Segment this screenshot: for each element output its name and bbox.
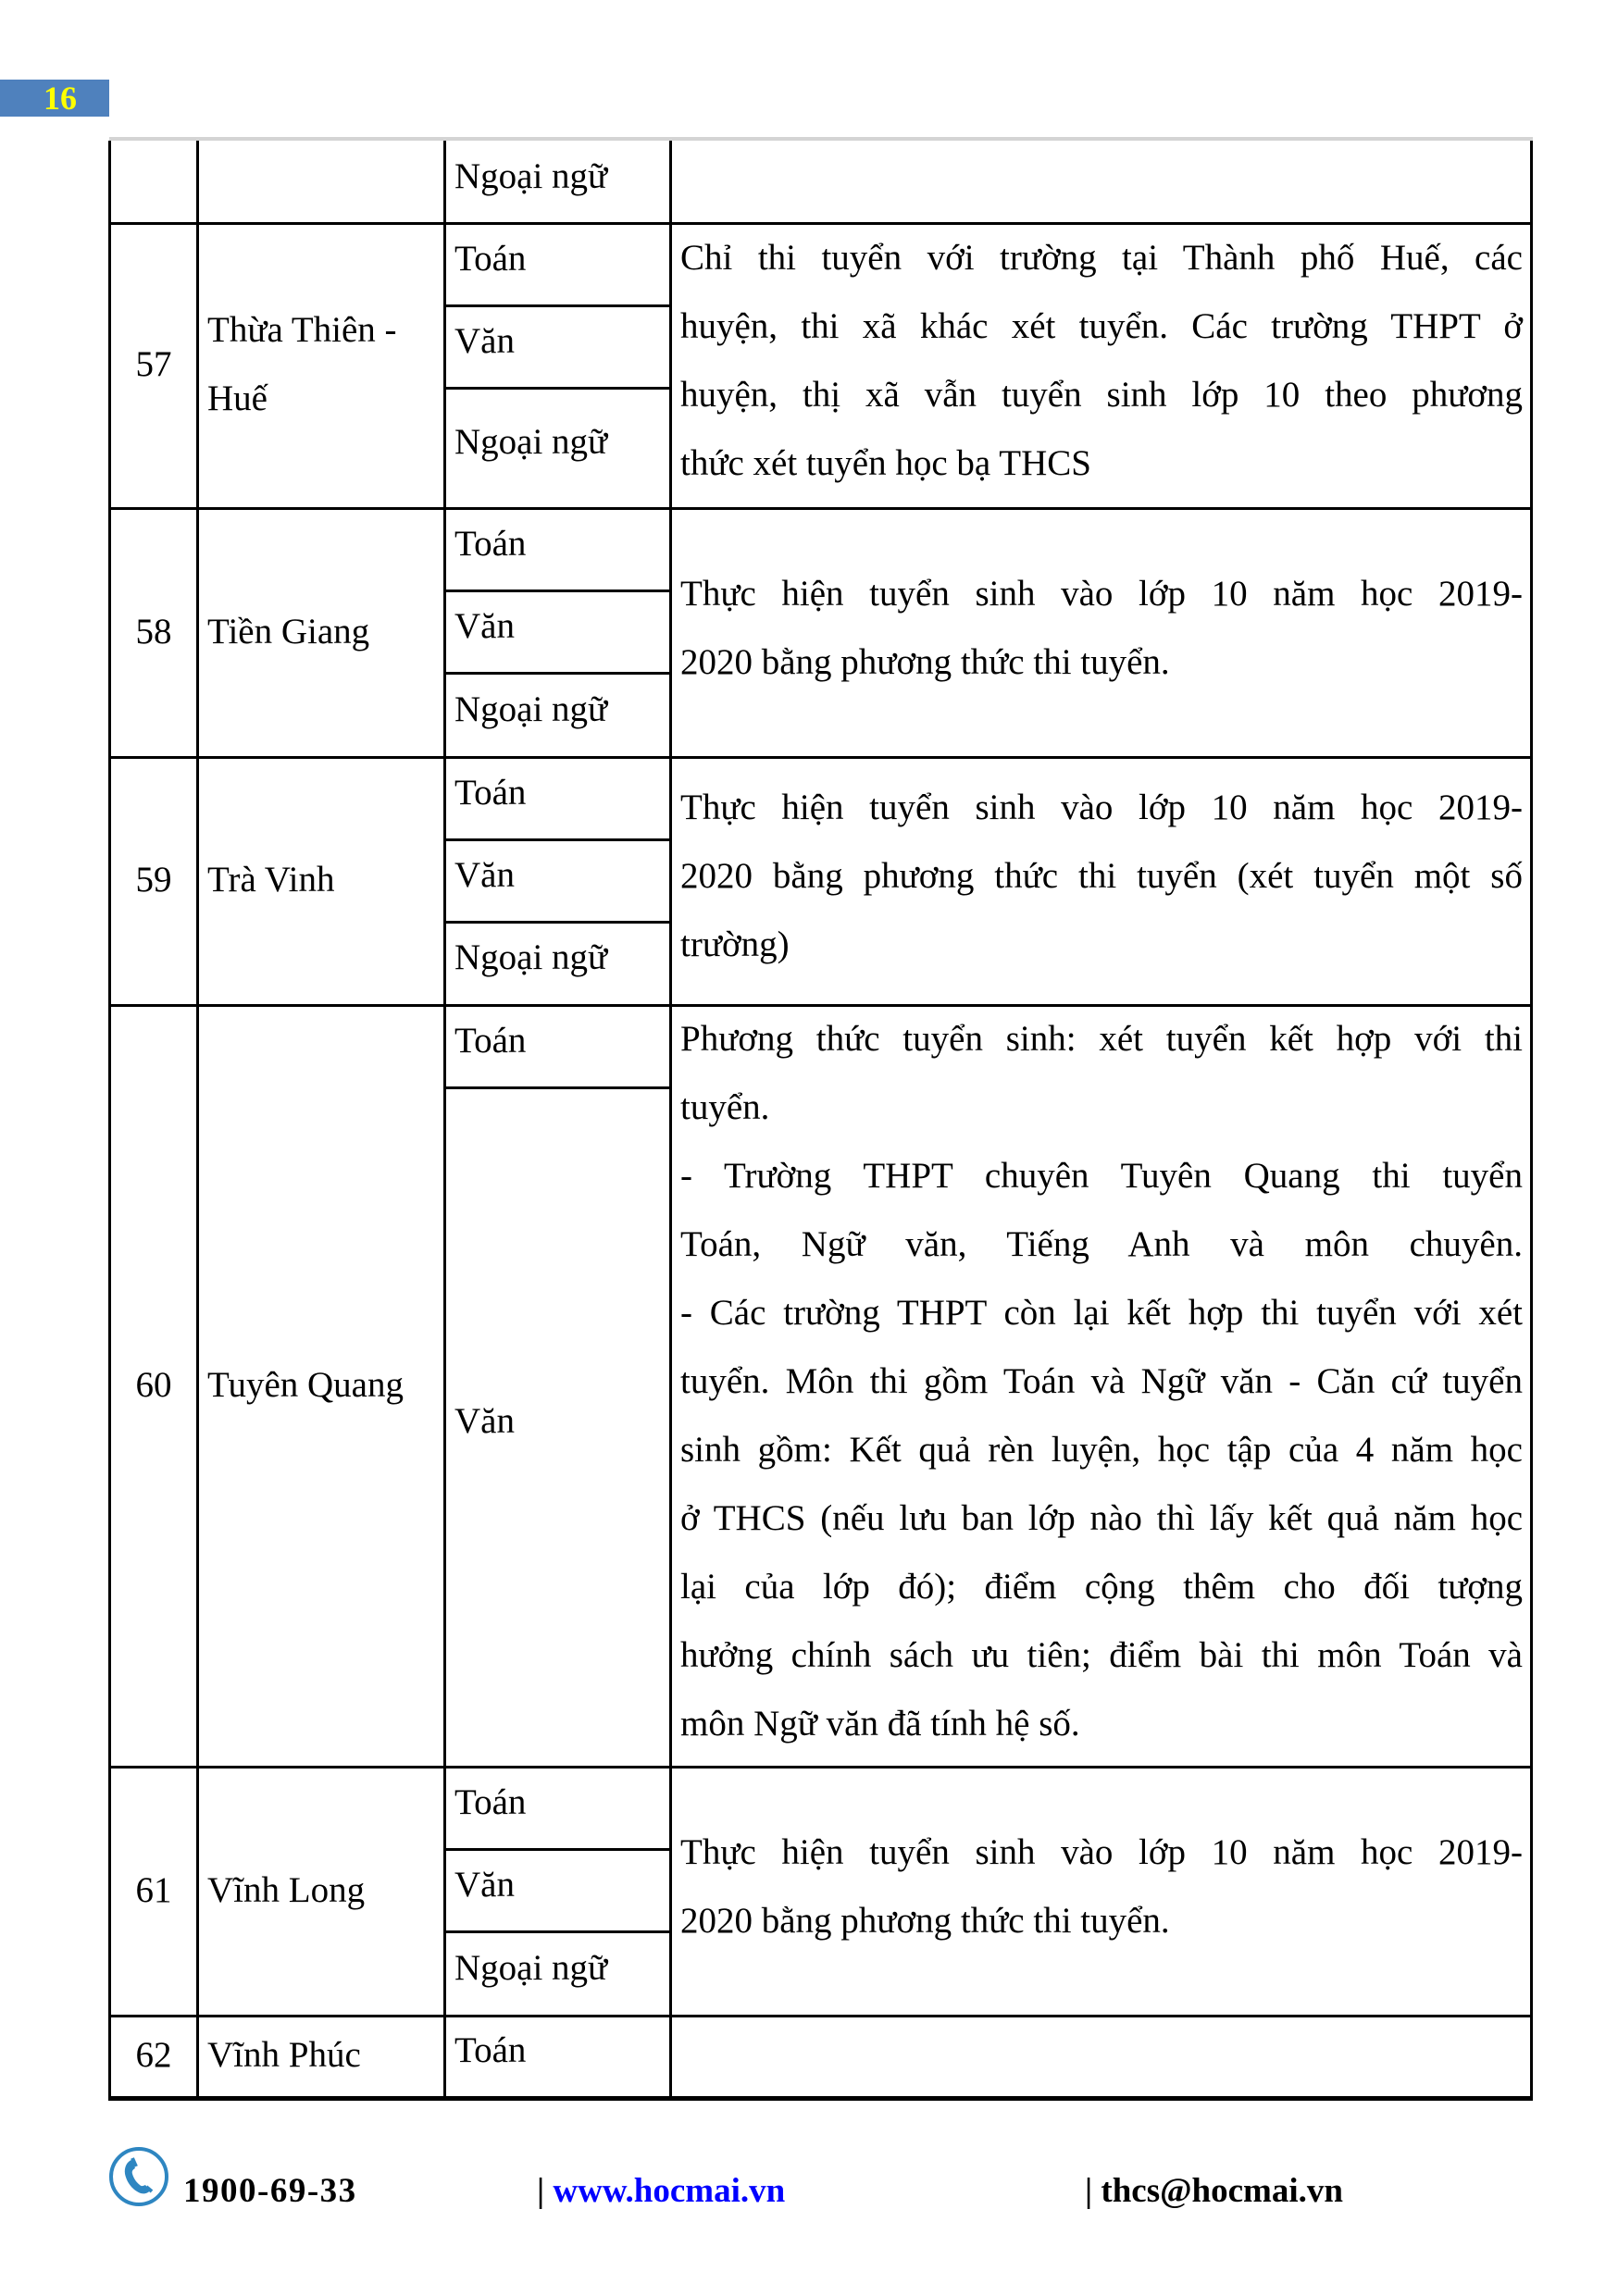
footer-email: | thcs@hocmai.vn — [1085, 2164, 1343, 2219]
admission-table: Ngoại ngữ57Thừa Thiên -HuếToánVănNgoại n… — [0, 0, 1618, 2296]
subject-cell: Ngoại ngữ — [443, 921, 672, 1007]
subject-cell: Văn — [443, 1848, 672, 1933]
description-line: Thực hiện tuyển sinh vào lớp 10 năm học … — [680, 560, 1523, 628]
description-line: Thực hiện tuyển sinh vào lớp 10 năm học … — [680, 774, 1523, 842]
province-name: Vĩnh Long — [207, 1856, 365, 1925]
subject-name: Văn — [454, 841, 515, 910]
row-number: 57 — [136, 330, 172, 399]
description-line: môn Ngữ văn đã tính hệ số. — [680, 1690, 1523, 1758]
description-line: - Các trường THPT còn lại kết hợp thi tu… — [680, 1279, 1523, 1347]
description-line: 2020 bằng phương thức thi tuyển (xét tuy… — [680, 842, 1523, 911]
subject-cell: Ngoại ngữ — [443, 141, 672, 225]
subject-name: Văn — [454, 1851, 515, 1919]
email-link[interactable]: thcs@hocmai.vn — [1101, 2172, 1343, 2210]
subject-cell: Ngoại ngữ — [443, 387, 672, 510]
description-cell — [669, 2015, 1533, 2101]
description-line: Thực hiện tuyển sinh vào lớp 10 năm học … — [680, 1818, 1523, 1887]
province-cell: Vĩnh Phúc — [196, 2015, 446, 2101]
description-cell: Thực hiện tuyển sinh vào lớp 10 năm học … — [669, 1766, 1533, 2017]
subject-cell: Toán — [443, 2015, 672, 2101]
footer-website: | www.hocmai.vn — [537, 2164, 785, 2219]
province-name: Trà Vinh — [207, 846, 334, 914]
row-number: 62 — [136, 2021, 172, 2090]
province-name-line: Thừa Thiên - — [207, 296, 397, 365]
description-line: trường) — [680, 911, 1523, 979]
description-line: 2020 bằng phương thức thi tuyển. — [680, 1887, 1523, 1955]
description-line: 2020 bằng phương thức thi tuyển. — [680, 628, 1523, 697]
description-line: tuyển. Môn thi gồm Toán và Ngữ văn - Căn… — [680, 1347, 1523, 1416]
row-number-cell: 58 — [108, 507, 199, 759]
province-cell: Tiền Giang — [196, 507, 446, 759]
subject-name: Toán — [454, 225, 526, 293]
subject-name: Văn — [454, 307, 515, 376]
row-number-cell: 61 — [108, 1766, 199, 2017]
subject-name: Toán — [454, 1007, 526, 1075]
footer-separator: | — [1085, 2172, 1101, 2210]
website-link[interactable]: www.hocmai.vn — [553, 2172, 785, 2210]
province-name: Tuyên Quang — [207, 1351, 404, 1420]
description-line: thức xét tuyển học bạ THCS — [680, 429, 1523, 498]
footer-separator: | — [537, 2172, 553, 2210]
subject-name: Ngoại ngữ — [454, 924, 607, 992]
subject-cell: Văn — [443, 838, 672, 924]
subject-name: Toán — [454, 510, 526, 578]
subject-cell: Toán — [443, 756, 672, 841]
subject-name: Toán — [454, 1769, 526, 1837]
description-cell — [669, 141, 1533, 225]
subject-name: Ngoại ngữ — [454, 408, 607, 477]
description-cell: Phương thức tuyển sinh: xét tuyển kết hợ… — [669, 1004, 1533, 1769]
province-cell: Vĩnh Long — [196, 1766, 446, 2017]
row-number: 60 — [136, 1351, 172, 1420]
subject-name: Ngoại ngữ — [454, 143, 607, 211]
subject-cell: Ngoại ngữ — [443, 672, 672, 759]
row-number: 58 — [136, 598, 172, 666]
subject-cell: Toán — [443, 222, 672, 307]
subject-name: Ngoại ngữ — [454, 676, 607, 744]
row-number-cell: 59 — [108, 756, 199, 1007]
row-number-cell: 62 — [108, 2015, 199, 2101]
subject-name: Văn — [454, 1387, 515, 1456]
province-cell — [196, 141, 446, 225]
subject-cell: Toán — [443, 507, 672, 592]
description-line: Chỉ thi tuyển với trường tại Thành phố H… — [680, 224, 1523, 292]
description-line: huyện, thi xã khác xét tuyển. Các trường… — [680, 292, 1523, 361]
subject-name: Ngoại ngữ — [454, 1934, 607, 2003]
subject-name: Toán — [454, 759, 526, 827]
province-name: Vĩnh Phúc — [207, 2021, 361, 2090]
subject-name: Văn — [454, 592, 515, 661]
description-line: huyện, thị xã vẫn tuyển sinh lớp 10 theo… — [680, 361, 1523, 429]
row-number-cell: 60 — [108, 1004, 199, 1769]
footer-phone: 1900-69-33 — [183, 2164, 357, 2219]
province-name-line: Huế — [207, 365, 397, 433]
description-cell: Chỉ thi tuyển với trường tại Thành phố H… — [669, 222, 1533, 510]
province-cell: Tuyên Quang — [196, 1004, 446, 1769]
description-cell: Thực hiện tuyển sinh vào lớp 10 năm học … — [669, 756, 1533, 1007]
description-line: Phương thức tuyển sinh: xét tuyển kết hợ… — [680, 1005, 1523, 1074]
row-number: 59 — [136, 846, 172, 914]
subject-cell: Toán — [443, 1766, 672, 1851]
description-line: ở THCS (nếu lưu ban lớp nào thì lấy kết … — [680, 1484, 1523, 1553]
subject-cell: Văn — [443, 304, 672, 390]
province-name: Tiền Giang — [207, 598, 369, 666]
subject-name: Toán — [454, 2017, 526, 2085]
description-line: lại của lớp đó); điểm cộng thêm cho đối … — [680, 1553, 1523, 1621]
description-cell: Thực hiện tuyển sinh vào lớp 10 năm học … — [669, 507, 1533, 759]
description-line: Toán, Ngữ văn, Tiếng Anh và môn chuyên. — [680, 1210, 1523, 1279]
description-line: hưởng chính sách ưu tiên; điểm bài thi m… — [680, 1621, 1523, 1690]
row-number-cell: 57 — [108, 222, 199, 510]
province-cell: Thừa Thiên -Huế — [196, 222, 446, 510]
row-number-cell — [108, 141, 199, 225]
subject-cell: Văn — [443, 1086, 672, 1769]
description-line: sinh gồm: Kết quả rèn luyện, học tập của… — [680, 1416, 1523, 1484]
phone-icon — [107, 2145, 170, 2208]
row-number: 61 — [136, 1856, 172, 1925]
description-line: - Trường THPT chuyên Tuyên Quang thi tuy… — [680, 1142, 1523, 1210]
province-cell: Trà Vinh — [196, 756, 446, 1007]
subject-cell: Ngoại ngữ — [443, 1930, 672, 2017]
subject-cell: Văn — [443, 590, 672, 675]
subject-cell: Toán — [443, 1004, 672, 1089]
description-line: tuyển. — [680, 1074, 1523, 1142]
